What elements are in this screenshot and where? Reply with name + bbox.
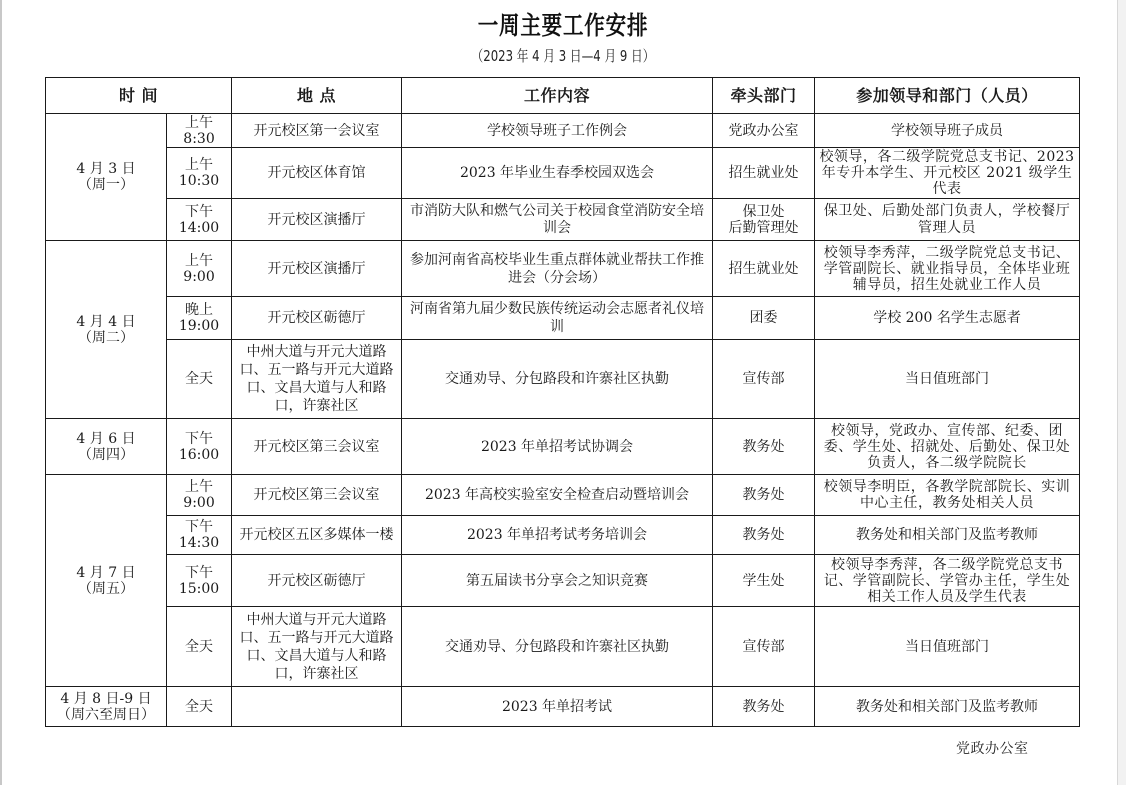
time-cell: 上午8:30 [167,114,232,148]
content-cell: 参加河南省高校毕业生重点群体就业帮扶工作推进会（分会场） [402,241,713,297]
time-cell: 全天 [167,687,232,727]
lead-dept-cell: 学生处 [713,555,815,607]
location-cell: 开元校区演播厅 [232,199,402,241]
content-cell: 学校领导班子工作例会 [402,114,713,148]
time-label: 15:00 [171,581,227,597]
location-cell: 开元校区砺德厅 [232,297,402,340]
document-title: 一周主要工作安排 [101,6,1024,42]
lead-dept-cell: 教务处 [713,516,815,555]
date-cell: 4 月 8 日-9 日 （周六至周日） [46,687,167,727]
location-cell [232,687,402,727]
time-cell: 下午16:00 [167,419,232,475]
issuing-office: 党政办公室 [956,738,1029,758]
lead-dept-cell: 宣传部 [713,340,815,419]
date-cell: 4 月 4 日 （周二） [46,241,167,419]
time-cell: 上午9:00 [167,475,232,516]
schedule-table: 时 间 地 点 工作内容 牵头部门 参加领导和部门（人员） 4 月 3 日 （周… [45,77,1080,727]
date-cell: 4 月 3 日 （周一） [46,114,167,241]
period-label: 上午 [171,115,227,131]
participants-cell: 保卫处、后勤处部门负责人，学校餐厅管理人员 [815,199,1080,241]
participants-cell: 教务处和相关部门及监考教师 [815,516,1080,555]
table-row: 上午10:30 开元校区体育馆 2023 年毕业生春季校园双选会 招生就业处 校… [46,148,1080,199]
participants-cell: 学校领导班子成员 [815,114,1080,148]
date-label: 4 月 6 日 [50,431,162,447]
table-row: 4 月 8 日-9 日 （周六至周日） 全天 2023 年单招考试 教务处 教务… [46,687,1080,727]
location-cell: 开元校区第三会议室 [232,419,402,475]
participants-cell: 校领导，党政办、宣传部、纪委、团委、学生处、招就处、后勤处、保卫处负责人，各二级… [815,419,1080,475]
weekday-label: （周四） [50,447,162,463]
lead-dept-cell: 招生就业处 [713,148,815,199]
table-row: 4 月 7 日 （周五） 上午9:00 开元校区第三会议室 2023 年高校实验… [46,475,1080,516]
location-cell: 开元校区第一会议室 [232,114,402,148]
content-cell: 2023 年高校实验室安全检查启动暨培训会 [402,475,713,516]
lead-dept-label-2: 后勤管理处 [717,220,810,236]
time-label: 9:00 [171,495,227,511]
lead-dept-cell: 保卫处后勤管理处 [713,199,815,241]
period-label: 全天 [171,639,227,655]
lead-dept-cell: 教务处 [713,687,815,727]
period-label: 下午 [171,204,227,220]
lead-dept-cell: 教务处 [713,419,815,475]
weekday-label: （周二） [50,330,162,346]
date-label: 4 月 4 日 [50,314,162,330]
header-lead-dept: 牵头部门 [713,78,815,114]
time-cell: 下午15:00 [167,555,232,607]
table-row: 全天 中州大道与开元大道路口、五一路与开元大道路口、文昌大道与人和路口，许寨社区… [46,340,1080,419]
content-cell: 市消防大队和燃气公司关于校园食堂消防安全培训会 [402,199,713,241]
lead-dept-label: 保卫处 [717,204,810,220]
location-cell: 开元校区砺德厅 [232,555,402,607]
participants-cell: 校领导，各二级学院党总支书记、2023 年专升本学生、开元校区 2021 级学生… [815,148,1080,199]
period-label: 全天 [171,699,227,715]
lead-dept-cell: 教务处 [713,475,815,516]
period-label: 上午 [171,253,227,269]
time-label: 16:00 [171,447,227,463]
time-label: 8:30 [171,131,227,147]
date-range-subtitle: （2023 年 4 月 3 日—4 月 9 日） [124,45,1002,66]
time-cell: 上午9:00 [167,241,232,297]
time-label: 14:00 [171,220,227,236]
page-edge [0,0,2,785]
participants-cell: 校领导李明臣，各教学院部院长、实训中心主任，教务处相关人员 [815,475,1080,516]
content-cell: 2023 年单招考试 [402,687,713,727]
page-edge [1117,0,1126,785]
weekday-label: （周一） [50,177,162,193]
content-cell: 交通劝导、分包路段和许寨社区执勤 [402,340,713,419]
time-label: 14:30 [171,535,227,551]
period-label: 上午 [171,479,227,495]
table-row: 下午14:00 开元校区演播厅 市消防大队和燃气公司关于校园食堂消防安全培训会 … [46,199,1080,241]
lead-dept-cell: 招生就业处 [713,241,815,297]
table-row: 下午15:00 开元校区砺德厅 第五届读书分享会之知识竞赛 学生处 校领导李秀萍… [46,555,1080,607]
period-label: 上午 [171,157,227,173]
table-row: 4 月 6 日 （周四） 下午16:00 开元校区第三会议室 2023 年单招考… [46,419,1080,475]
participants-cell: 当日值班部门 [815,607,1080,687]
time-label: 19:00 [171,318,227,334]
content-cell: 河南省第九届少数民族传统运动会志愿者礼仪培训 [402,297,713,340]
period-label: 晚上 [171,302,227,318]
table-row: 下午14:30 开元校区五区多媒体一楼 2023 年单招考试考务培训会 教务处 … [46,516,1080,555]
time-cell: 晚上19:00 [167,297,232,340]
participants-cell: 当日值班部门 [815,340,1080,419]
participants-cell: 学校 200 名学生志愿者 [815,297,1080,340]
lead-dept-cell: 团委 [713,297,815,340]
weekday-label: （周五） [50,581,162,597]
date-label: 4 月 3 日 [50,161,162,177]
time-cell: 全天 [167,340,232,419]
participants-cell: 校领导李秀萍，各二级学院党总支书记、学管副院长、学管办主任，学生处相关工作人员及… [815,555,1080,607]
time-label: 10:30 [171,173,227,189]
time-cell: 全天 [167,607,232,687]
time-label: 9:00 [171,269,227,285]
content-cell: 第五届读书分享会之知识竞赛 [402,555,713,607]
location-cell: 中州大道与开元大道路口、五一路与开元大道路口、文昌大道与人和路口，许寨社区 [232,340,402,419]
lead-dept-cell: 宣传部 [713,607,815,687]
location-cell: 开元校区第三会议室 [232,475,402,516]
period-label: 下午 [171,565,227,581]
lead-dept-cell: 党政办公室 [713,114,815,148]
participants-cell: 教务处和相关部门及监考教师 [815,687,1080,727]
time-cell: 上午10:30 [167,148,232,199]
header-time: 时 间 [46,78,232,114]
content-cell: 2023 年单招考试考务培训会 [402,516,713,555]
content-cell: 2023 年单招考试协调会 [402,419,713,475]
period-label: 下午 [171,431,227,447]
header-content: 工作内容 [402,78,713,114]
table-row: 晚上19:00 开元校区砺德厅 河南省第九届少数民族传统运动会志愿者礼仪培训 团… [46,297,1080,340]
location-cell: 开元校区体育馆 [232,148,402,199]
participants-cell: 校领导李秀萍，二级学院党总支书记、学管副院长、就业指导员，全体毕业班辅导员，招生… [815,241,1080,297]
header-location: 地 点 [232,78,402,114]
period-label: 下午 [171,519,227,535]
location-cell: 开元校区演播厅 [232,241,402,297]
weekday-label: （周六至周日） [50,707,162,723]
table-row: 4 月 3 日 （周一） 上午8:30 开元校区第一会议室 学校领导班子工作例会… [46,114,1080,148]
table-header-row: 时 间 地 点 工作内容 牵头部门 参加领导和部门（人员） [46,78,1080,114]
time-cell: 下午14:30 [167,516,232,555]
date-cell: 4 月 7 日 （周五） [46,475,167,687]
date-label: 4 月 8 日-9 日 [50,691,162,707]
content-cell: 交通劝导、分包路段和许寨社区执勤 [402,607,713,687]
table-row: 4 月 4 日 （周二） 上午9:00 开元校区演播厅 参加河南省高校毕业生重点… [46,241,1080,297]
header-participants: 参加领导和部门（人员） [815,78,1080,114]
date-cell: 4 月 6 日 （周四） [46,419,167,475]
location-cell: 开元校区五区多媒体一楼 [232,516,402,555]
table-row: 全天 中州大道与开元大道路口、五一路与开元大道路口、文昌大道与人和路口，许寨社区… [46,607,1080,687]
time-cell: 下午14:00 [167,199,232,241]
content-cell: 2023 年毕业生春季校园双选会 [402,148,713,199]
location-cell: 中州大道与开元大道路口、五一路与开元大道路口、文昌大道与人和路口，许寨社区 [232,607,402,687]
date-label: 4 月 7 日 [50,565,162,581]
period-label: 全天 [171,371,227,387]
